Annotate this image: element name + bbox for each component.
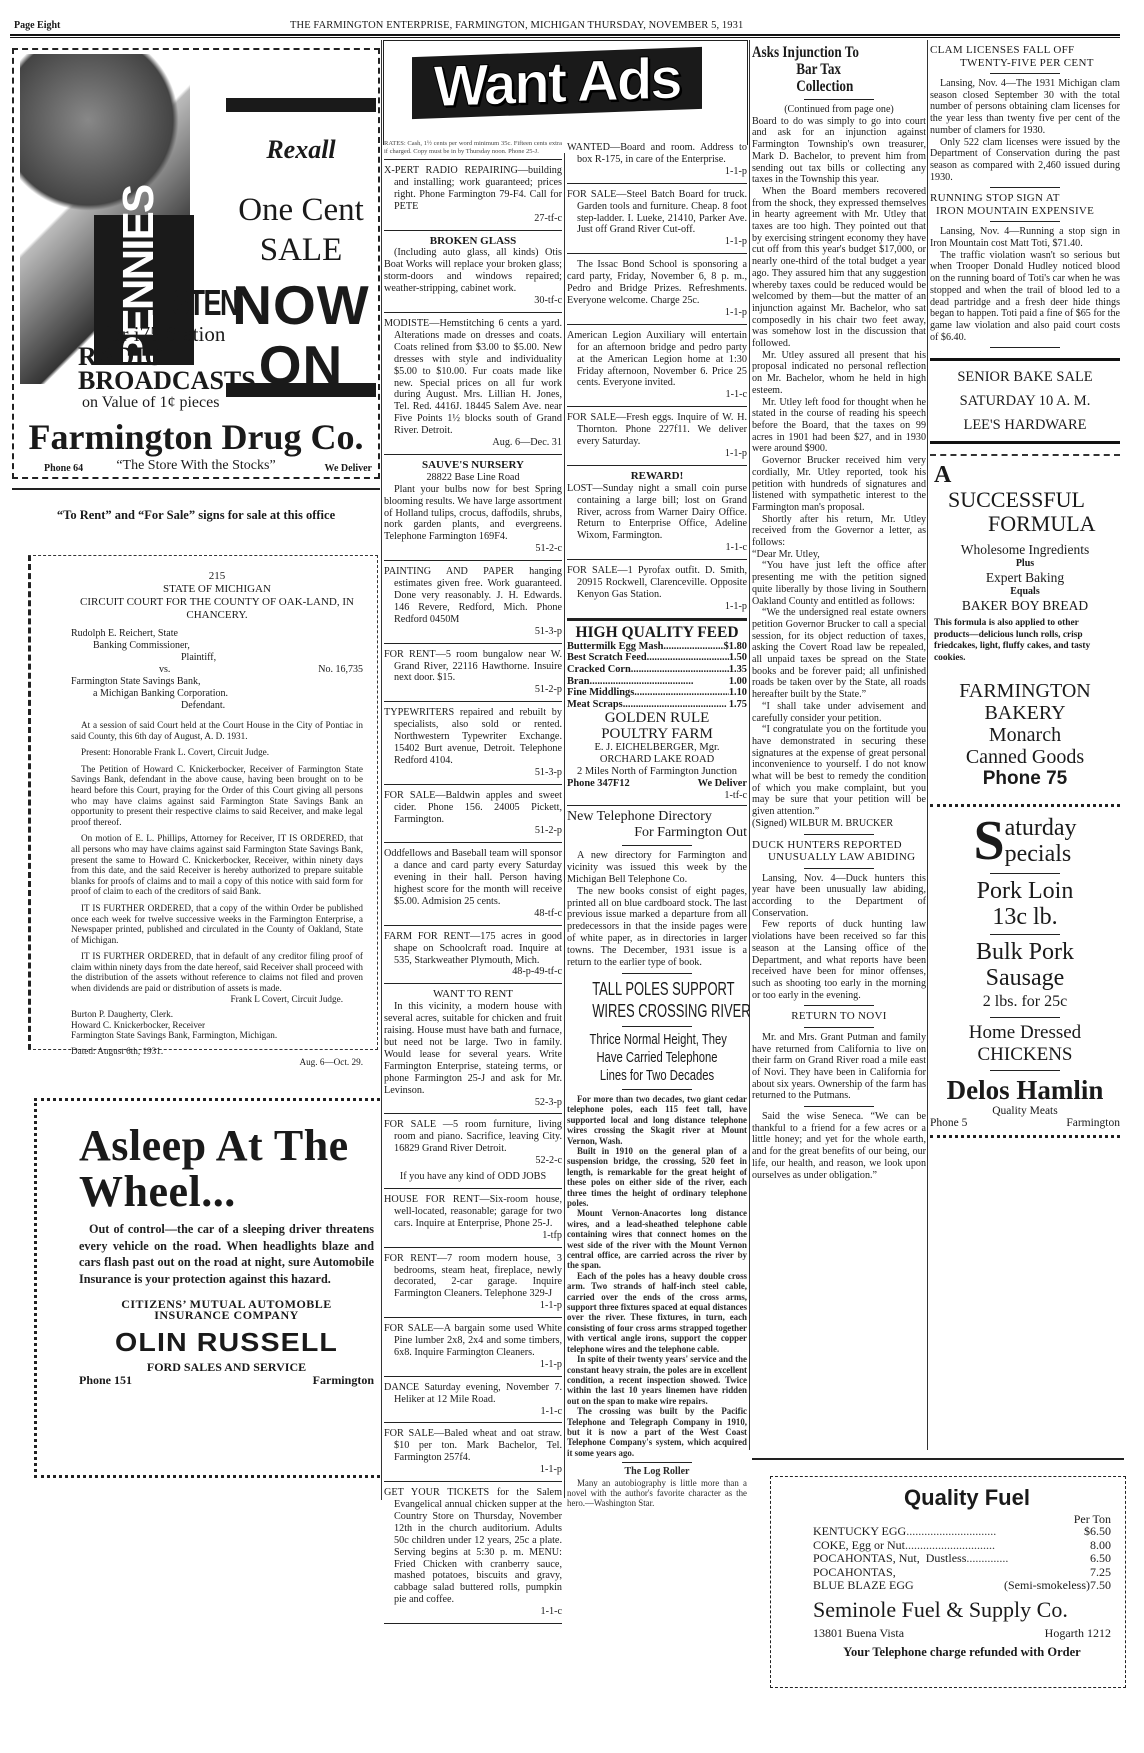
olin-russell-insurance-ad: Asleep At The Wheel... Out of control—th… xyxy=(34,1098,380,1478)
classified-ad: FOR SALE—Baled wheat and oat straw. $10 … xyxy=(384,1426,562,1478)
one-cent-sale-heading: One Cent SALE xyxy=(226,190,376,270)
duck-hunters-article: DUCK HUNTERS REPORTED UNUSUALLY LAW ABID… xyxy=(752,839,926,1002)
classified-ad: American Legion Auxiliary will entertain… xyxy=(567,328,747,403)
price-row: POCAHONTAS, Nut,Dustless..............6.… xyxy=(813,1552,1111,1566)
price-row: KENTUCKY EGG ...........................… xyxy=(813,1525,1111,1539)
store-slogan: “The Store With the Stocks” xyxy=(14,458,378,474)
classified-ad: TYPEWRITERS repaired and rebuilt by spec… xyxy=(384,705,562,780)
column-divider xyxy=(564,153,565,1498)
odd-jobs-notice: If you have any kind of ODD JOBS xyxy=(384,1169,562,1185)
classified-ad: WANTED—Board and room. Address to box R-… xyxy=(567,140,747,180)
case-parties: Rudolph E. Reichert, State Banking Commi… xyxy=(71,628,363,712)
news-column-4: Asks Injunction To Bar Tax Collection (C… xyxy=(752,44,926,1181)
ad-rates: RATES: Cash, 1½ cents per word minimum 3… xyxy=(384,140,562,156)
want-ads-logo: Want Ads xyxy=(412,47,702,119)
store-name: Farmington Drug Co. xyxy=(14,416,378,458)
classified-ad: MODISTE—Hemstitching 6 cents a yard. Alt… xyxy=(384,316,562,451)
senior-bake-sale-ad: SENIOR BAKE SALE SATURDAY 10 A. M. LEE'S… xyxy=(930,358,1120,444)
telephone-directory-article: New Telephone Directory For Farmington O… xyxy=(567,809,747,969)
classified-ad: HOUSE FOR RENT—Six-room house, well-loca… xyxy=(384,1192,562,1244)
column-divider xyxy=(381,40,382,1500)
page-number: Page Eight xyxy=(14,20,60,31)
signs-notice: “To Rent” and “For Sale” signs for sale … xyxy=(12,488,380,523)
classified-ad: BROKEN GLASS(Including auto glass, all k… xyxy=(384,234,562,309)
value-text: on Value of 1¢ pieces xyxy=(82,394,219,412)
classified-ad: FOR RENT—5 room bungalow near W. Grand R… xyxy=(384,647,562,699)
classified-ad: FOR RENT—7 room modern house, 3 bedrooms… xyxy=(384,1251,562,1315)
news-column-5: CLAM LICENSES FALL OFF TWENTY-FIVE PER C… xyxy=(930,44,1120,1138)
classified-ad: FOR SALE—Fresh eggs. Inquire of W. H. Th… xyxy=(567,410,747,462)
price-row: Fine Middlings..........................… xyxy=(567,687,747,699)
filler-title: The Log Roller xyxy=(567,1467,747,1477)
column-divider xyxy=(749,40,750,1450)
newspaper-title: THE FARMINGTON ENTERPRISE, FARMINGTON, M… xyxy=(290,20,743,31)
section-rule xyxy=(752,1458,1124,1460)
delivery-note: We Deliver xyxy=(325,463,372,474)
masthead-rule xyxy=(10,34,1120,38)
price-row: COKE, Egg or Nut .......................… xyxy=(813,1539,1111,1553)
legal-notice: 215 STATE OF MICHIGAN CIRCUIT COURT FOR … xyxy=(28,555,378,1050)
drop-cap: S xyxy=(973,813,1004,869)
quality-fuel-ad: Quality Fuel Per Ton KENTUCKY EGG ......… xyxy=(770,1476,1126,1688)
classified-ad: FARM FOR RENT—175 acres in good shape on… xyxy=(384,929,562,981)
price-row: Buttermilk Egg Mash.....................… xyxy=(567,641,747,653)
want-ads-column-1: RATES: Cash, 1½ cents per word minimum 3… xyxy=(384,140,562,1627)
classified-ad: WANT TO RENTIn this vicinity, a modern h… xyxy=(384,987,562,1110)
ad-headline: Asleep At The Wheel... xyxy=(79,1123,374,1215)
tall-poles-article: TALL POLES SUPPORT WIRES CROSSING RIVER … xyxy=(567,978,747,1509)
classified-ad: PAINTING AND PAPER hanging estimates giv… xyxy=(384,564,562,639)
want-ads-column-2: WANTED—Board and room. Address to box R-… xyxy=(567,140,747,1509)
listen-text: LISTEN xyxy=(151,282,238,324)
rexall-one-cent-sale-ad: PENNIES Rexall One Cent SALE NOW ON LIST… xyxy=(12,48,380,479)
dealer-name: OLIN RUSSELL xyxy=(64,1327,389,1358)
black-bar xyxy=(226,98,376,112)
classified-ad: FOR SALE—A bargain some used White Pine … xyxy=(384,1321,562,1373)
return-to-novi-article: RETURN TO NOVI Mr. and Mrs. Grant Putman… xyxy=(752,1010,926,1102)
column-divider xyxy=(927,40,928,1450)
classified-ad: The Issac Bond School is sponsoring a ca… xyxy=(567,257,747,321)
classified-ad: DANCE Saturday evening, November 7. Heli… xyxy=(384,1380,562,1420)
classified-ad: FOR SALE—Steel Batch Board for truck. Ga… xyxy=(567,187,747,251)
clam-licenses-article: CLAM LICENSES FALL OFF TWENTY-FIVE PER C… xyxy=(930,44,1120,183)
classified-ad: GET YOUR TICKETS for the Salem Evangelic… xyxy=(384,1485,562,1620)
price-row: POCAHONTAS,7.25 xyxy=(813,1566,1111,1580)
rexall-logo: Rexall xyxy=(226,135,376,165)
classified-ad: FOR SALE —5 room furniture, living room … xyxy=(384,1117,562,1169)
classified-ad: REWARD!LOST—Sunday night a small coin pu… xyxy=(567,469,747,556)
price-row: Best Scratch Feed.......................… xyxy=(567,652,747,664)
injunction-article: Asks Injunction To Bar Tax Collection (C… xyxy=(752,44,926,830)
classified-ad: X-PERT RADIO REPAIRING—building and inst… xyxy=(384,163,562,227)
stop-sign-article: RUNNING STOP SIGN AT IRON MOUNTAIN EXPEN… xyxy=(930,192,1120,343)
price-row: BLUE BLAZE EGG(Semi-smokeless)7.50 xyxy=(813,1579,1111,1593)
masthead: Page Eight THE FARMINGTON ENTERPRISE, FA… xyxy=(0,0,1144,38)
high-quality-feed-ad: HIGH QUALITY FEED Buttermilk Egg Mash...… xyxy=(567,624,747,802)
classified-ad: FOR SALE—Baldwin apples and sweet cider.… xyxy=(384,788,562,840)
classified-ad: FOR SALE—1 Pyrofax outfit. D. Smith, 209… xyxy=(567,563,747,615)
farmington-bakery-ad: A SUCCESSFUL FORMULA Wholesome Ingredien… xyxy=(930,454,1120,796)
price-row: Cracked Corn............................… xyxy=(567,664,747,676)
price-row: Meat Scraps.............................… xyxy=(567,699,747,711)
case-number: No. 16,735 xyxy=(318,664,363,676)
classified-ad: SAUVE'S NURSERY28822 Base Line RoadPlant… xyxy=(384,458,562,557)
radio-broadcasts: RADIO BROADCASTS xyxy=(78,345,256,393)
signature: (Signed) WILBUR M. BRUCKER xyxy=(752,818,926,830)
price-row: Bran....................................… xyxy=(567,676,747,688)
saturday-specials-ad: S aturdaypecials Pork Loin 13c lb. Bulk … xyxy=(930,804,1120,1138)
seneca-quote: Said the wise Seneca. “We can be thankfu… xyxy=(752,1111,926,1181)
classified-ad: Oddfellows and Baseball team will sponso… xyxy=(384,846,562,921)
